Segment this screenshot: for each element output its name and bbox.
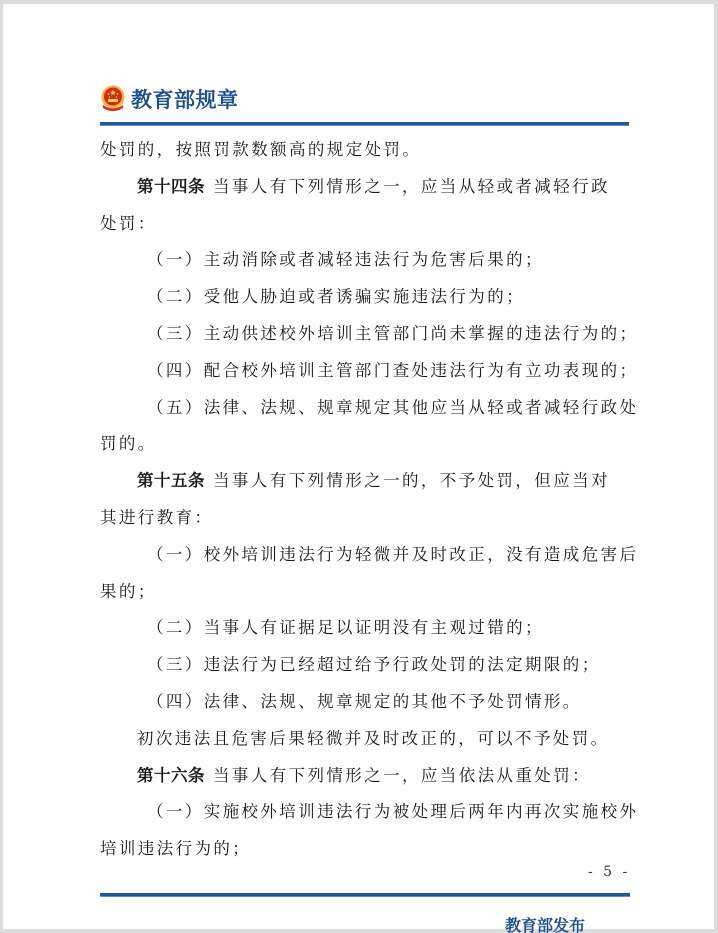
line-text: （二）当事人有证据足以证明没有主观过错的； [147,618,544,637]
line-text: （三）违法行为已经超过给予行政处罚的法定期限的； [147,655,601,674]
national-emblem-icon [100,85,126,113]
text-line: 其进行教育： [100,500,630,537]
footer-divider [100,893,630,897]
text-line: 培训违法行为的； [100,831,630,868]
line-text: 处罚： [100,214,157,233]
line-text: 当事人有下列情形之一的，不予处罚，但应当对 [213,471,610,490]
text-line: （二）受他人胁迫或者诱骗实施违法行为的； [100,279,630,316]
article-number: 第十六条 [137,766,205,785]
line-text: 罚的。 [100,434,157,453]
line-text: （四）配合校外培训主管部门查处违法行为有立功表现的； [147,361,638,380]
text-line: （二）当事人有证据足以证明没有主观过错的； [100,610,630,647]
text-line: （一）主动消除或者减轻违法行为危害后果的； [100,242,630,279]
page-header: 教育部规章 [100,84,239,114]
text-line: （四）法律、法规、规章规定的其他不予处罚情形。 [100,684,630,721]
header-title: 教育部规章 [131,84,239,114]
text-line: 处罚： [100,206,630,243]
article-number: 第十四条 [137,177,205,196]
page-number: - 5 - [588,864,630,880]
line-text: 当事人有下列情形之一，应当依法从重处罚： [213,766,591,785]
line-text: 其进行教育： [100,508,213,527]
line-text: （四）法律、法规、规章规定的其他不予处罚情形。 [147,692,582,711]
line-text: （一）实施校外培训违法行为被处理后两年内再次实施校外 [147,802,638,821]
text-line: 初次违法且危害后果轻微并及时改正的，可以不予处罚。 [100,721,630,758]
article-number: 第十五条 [137,471,205,490]
article-line: 第十四条当事人有下列情形之一，应当从轻或者减轻行政 [100,169,630,206]
article-line: 第十六条当事人有下列情形之一，应当依法从重处罚： [100,758,630,795]
line-text: 初次违法且危害后果轻微并及时改正的，可以不予处罚。 [137,729,610,748]
text-line: 罚的。 [100,426,630,463]
header-divider [100,122,629,126]
text-line: （一）校外培训违法行为轻微并及时改正，没有造成危害后 [100,537,630,574]
document-page: 教育部规章 处罚的，按照罚款数额高的规定处罚。第十四条当事人有下列情形之一，应当… [3,4,714,929]
line-text: （二）受他人胁迫或者诱骗实施违法行为的； [147,287,525,306]
text-line: （三）主动供述校外培训主管部门尚未掌握的违法行为的； [100,316,630,353]
text-line: 果的； [100,574,630,611]
line-text: （五）法律、法规、规章规定其他应当从轻或者减轻行政处 [147,398,638,417]
line-text: 处罚的，按照罚款数额高的规定处罚。 [100,140,421,159]
line-text: （一）校外培训违法行为轻微并及时改正，没有造成危害后 [147,545,638,564]
line-text: （三）主动供述校外培训主管部门尚未掌握的违法行为的； [147,324,638,343]
text-line: （五）法律、法规、规章规定其他应当从轻或者减轻行政处 [100,390,630,427]
text-line: （一）实施校外培训违法行为被处理后两年内再次实施校外 [100,794,630,831]
text-line: 处罚的，按照罚款数额高的规定处罚。 [100,132,630,169]
line-text: （一）主动消除或者减轻违法行为危害后果的； [147,250,544,269]
document-body: 处罚的，按照罚款数额高的规定处罚。第十四条当事人有下列情形之一，应当从轻或者减轻… [100,132,630,868]
line-text: 培训违法行为的； [100,839,251,858]
line-text: 当事人有下列情形之一，应当从轻或者减轻行政 [213,177,610,196]
text-line: （四）配合校外培训主管部门查处违法行为有立功表现的； [100,353,630,390]
line-text: 果的； [100,582,157,601]
text-line: （三）违法行为已经超过给予行政处罚的法定期限的； [100,647,630,684]
footer-title: 教育部发布 [505,913,585,933]
article-line: 第十五条当事人有下列情形之一的，不予处罚，但应当对 [100,463,630,500]
